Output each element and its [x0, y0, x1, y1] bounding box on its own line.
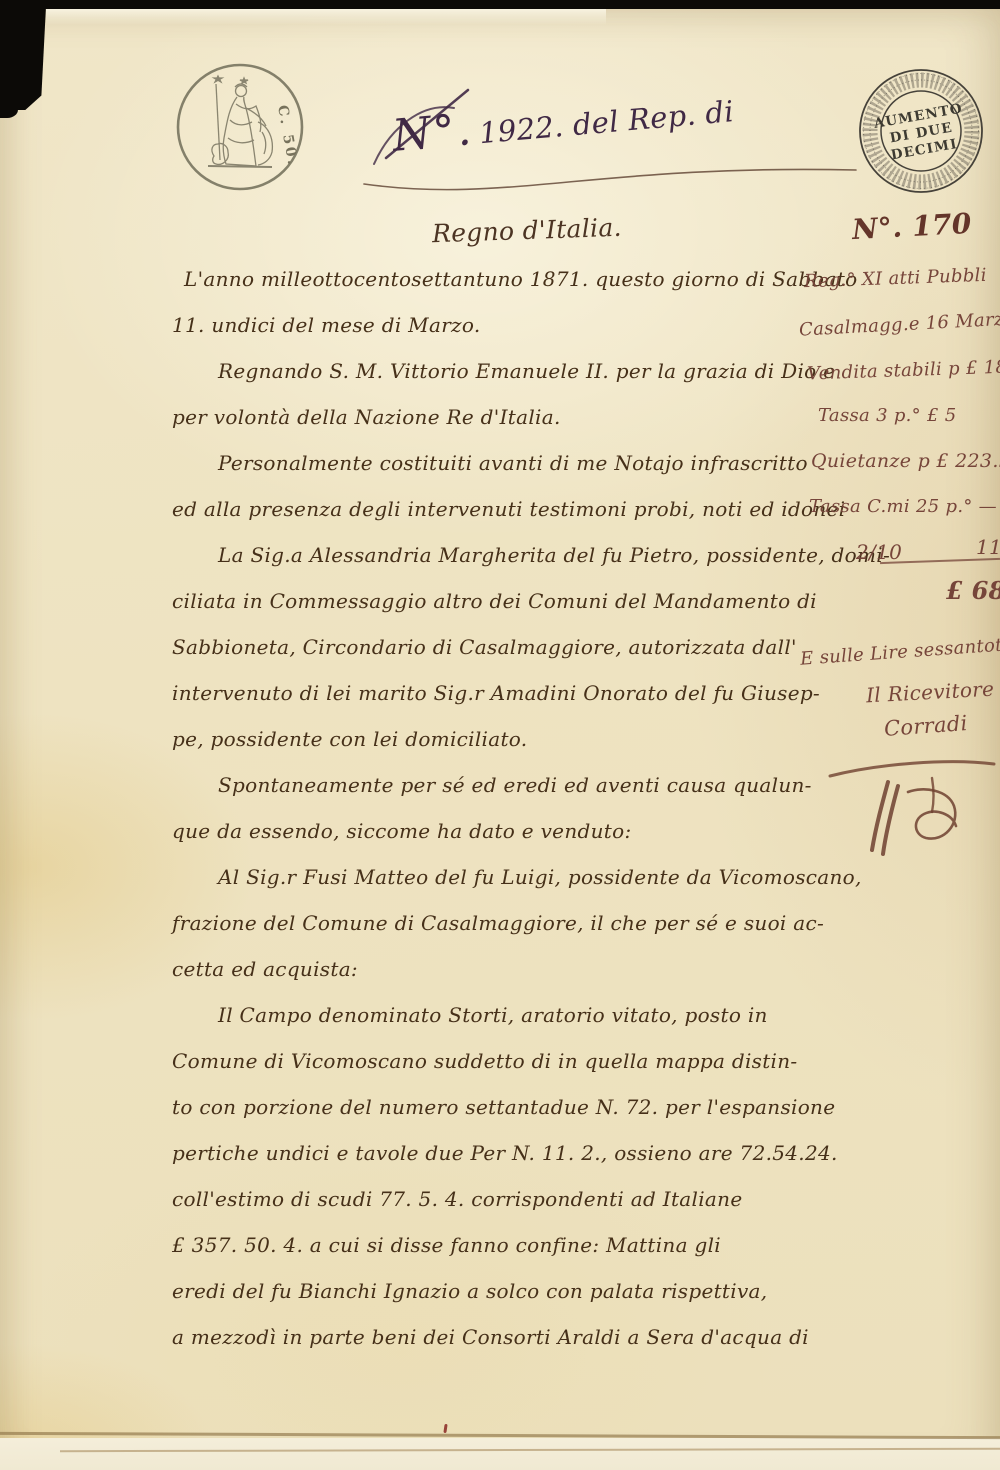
- body-line: 11. undici del mese di Marzo.: [172, 302, 832, 348]
- body-line: L'anno milleottocentosettantuno 1871. qu…: [172, 256, 832, 302]
- body-line: Regnando S. M. Vittorio Emanuele II. per…: [172, 348, 832, 394]
- page-title: Regno d'Italia.: [432, 213, 623, 249]
- margin-note-lire-total: £ 68: [946, 576, 1000, 605]
- body-line: Al Sig.r Fusi Matteo del fu Luigi, possi…: [172, 854, 832, 900]
- body-line: ciliata in Commessaggio altro dei Comuni…: [172, 578, 832, 624]
- body-line: Personalmente costituiti avanti di me No…: [172, 440, 832, 486]
- underlying-sheet: [0, 1438, 1000, 1470]
- receiver-signature: Corradi: [883, 711, 968, 741]
- italia-figure-icon: [208, 76, 272, 167]
- body-line: to con porzione del numero settantadue N…: [172, 1084, 832, 1130]
- scan-edge-top: [0, 0, 1000, 9]
- body-line: coll'estimo di scudi 77. 5. 4. corrispon…: [172, 1176, 832, 1222]
- margin-note-ricevitore: Il Ricevitore: [865, 677, 994, 708]
- signature-paraph-icon: [828, 742, 998, 862]
- repertory-prefix: N°.: [390, 104, 475, 162]
- body-line: Spontaneamente per sé ed eredi ed aventi…: [172, 762, 832, 808]
- repertory-number: N°.1922. del Rep. di: [390, 81, 735, 162]
- body-line: pertiche undici e tavole due Per N. 11. …: [172, 1130, 832, 1176]
- body-line: pe, possidente con lei domiciliato.: [172, 716, 832, 762]
- body-line: Il Campo denominato Storti, aratorio vit…: [172, 992, 832, 1038]
- act-number: N°. 170: [851, 207, 972, 246]
- scanned-document-page: C. 50. AUMENTO DI DUE DECIMI N°.1922. de…: [0, 0, 1000, 1470]
- paper-top-edge-highlight: [46, 9, 606, 25]
- bollo-denomination: C. 50.: [274, 104, 301, 169]
- repertory-rest: 1922. del Rep. di: [478, 94, 735, 150]
- body-line: La Sig.a Alessandria Margherita del fu P…: [172, 532, 832, 578]
- body-line: eredi del fu Bianchi Ignazio a solco con…: [172, 1268, 832, 1314]
- margin-note-vendita: Vendita stabili p £ 18: [807, 357, 1000, 385]
- ink-speck: [443, 1424, 447, 1433]
- body-line: cetta ed acquista:: [172, 946, 832, 992]
- body-line: £ 357. 50. 4. a cui si disse fanno confi…: [172, 1222, 832, 1268]
- body-line: Comune di Vicomoscano suddetto di in que…: [172, 1038, 832, 1084]
- margin-note-fragment: 11: [976, 535, 1000, 559]
- margin-note-tassa-cmi: Tassa C.mi 25 p.° —: [809, 496, 997, 517]
- body-line: Sabbioneta, Circondario di Casalmaggiore…: [172, 624, 832, 670]
- body-line: que da essendo, siccome ha dato e vendut…: [172, 808, 832, 854]
- body-line: ed alla presenza degli intervenuti testi…: [172, 486, 832, 532]
- margin-note-tassa: Tassa 3 p.° £ 5: [818, 405, 957, 426]
- body-text: L'anno milleottocentosettantuno 1871. qu…: [172, 256, 832, 1360]
- body-line: frazione del Comune di Casalmaggiore, il…: [172, 900, 832, 946]
- body-line: per volontà della Nazione Re d'Italia.: [172, 394, 832, 440]
- scan-edge-corner: [0, 6, 46, 110]
- margin-note-quietanze: Quietanze p £ 223.96: [811, 450, 1000, 472]
- body-line: a mezzodì in parte beni dei Consorti Ara…: [172, 1314, 832, 1360]
- body-line: intervenuto di lei marito Sig.r Amadini …: [172, 670, 832, 716]
- scan-edge-nub: [0, 104, 18, 118]
- bollo-stamp: C. 50.: [174, 60, 306, 196]
- margin-note-two-tenths: 2/10: [856, 540, 902, 564]
- aumento-stamp: AUMENTO DI DUE DECIMI: [854, 64, 988, 200]
